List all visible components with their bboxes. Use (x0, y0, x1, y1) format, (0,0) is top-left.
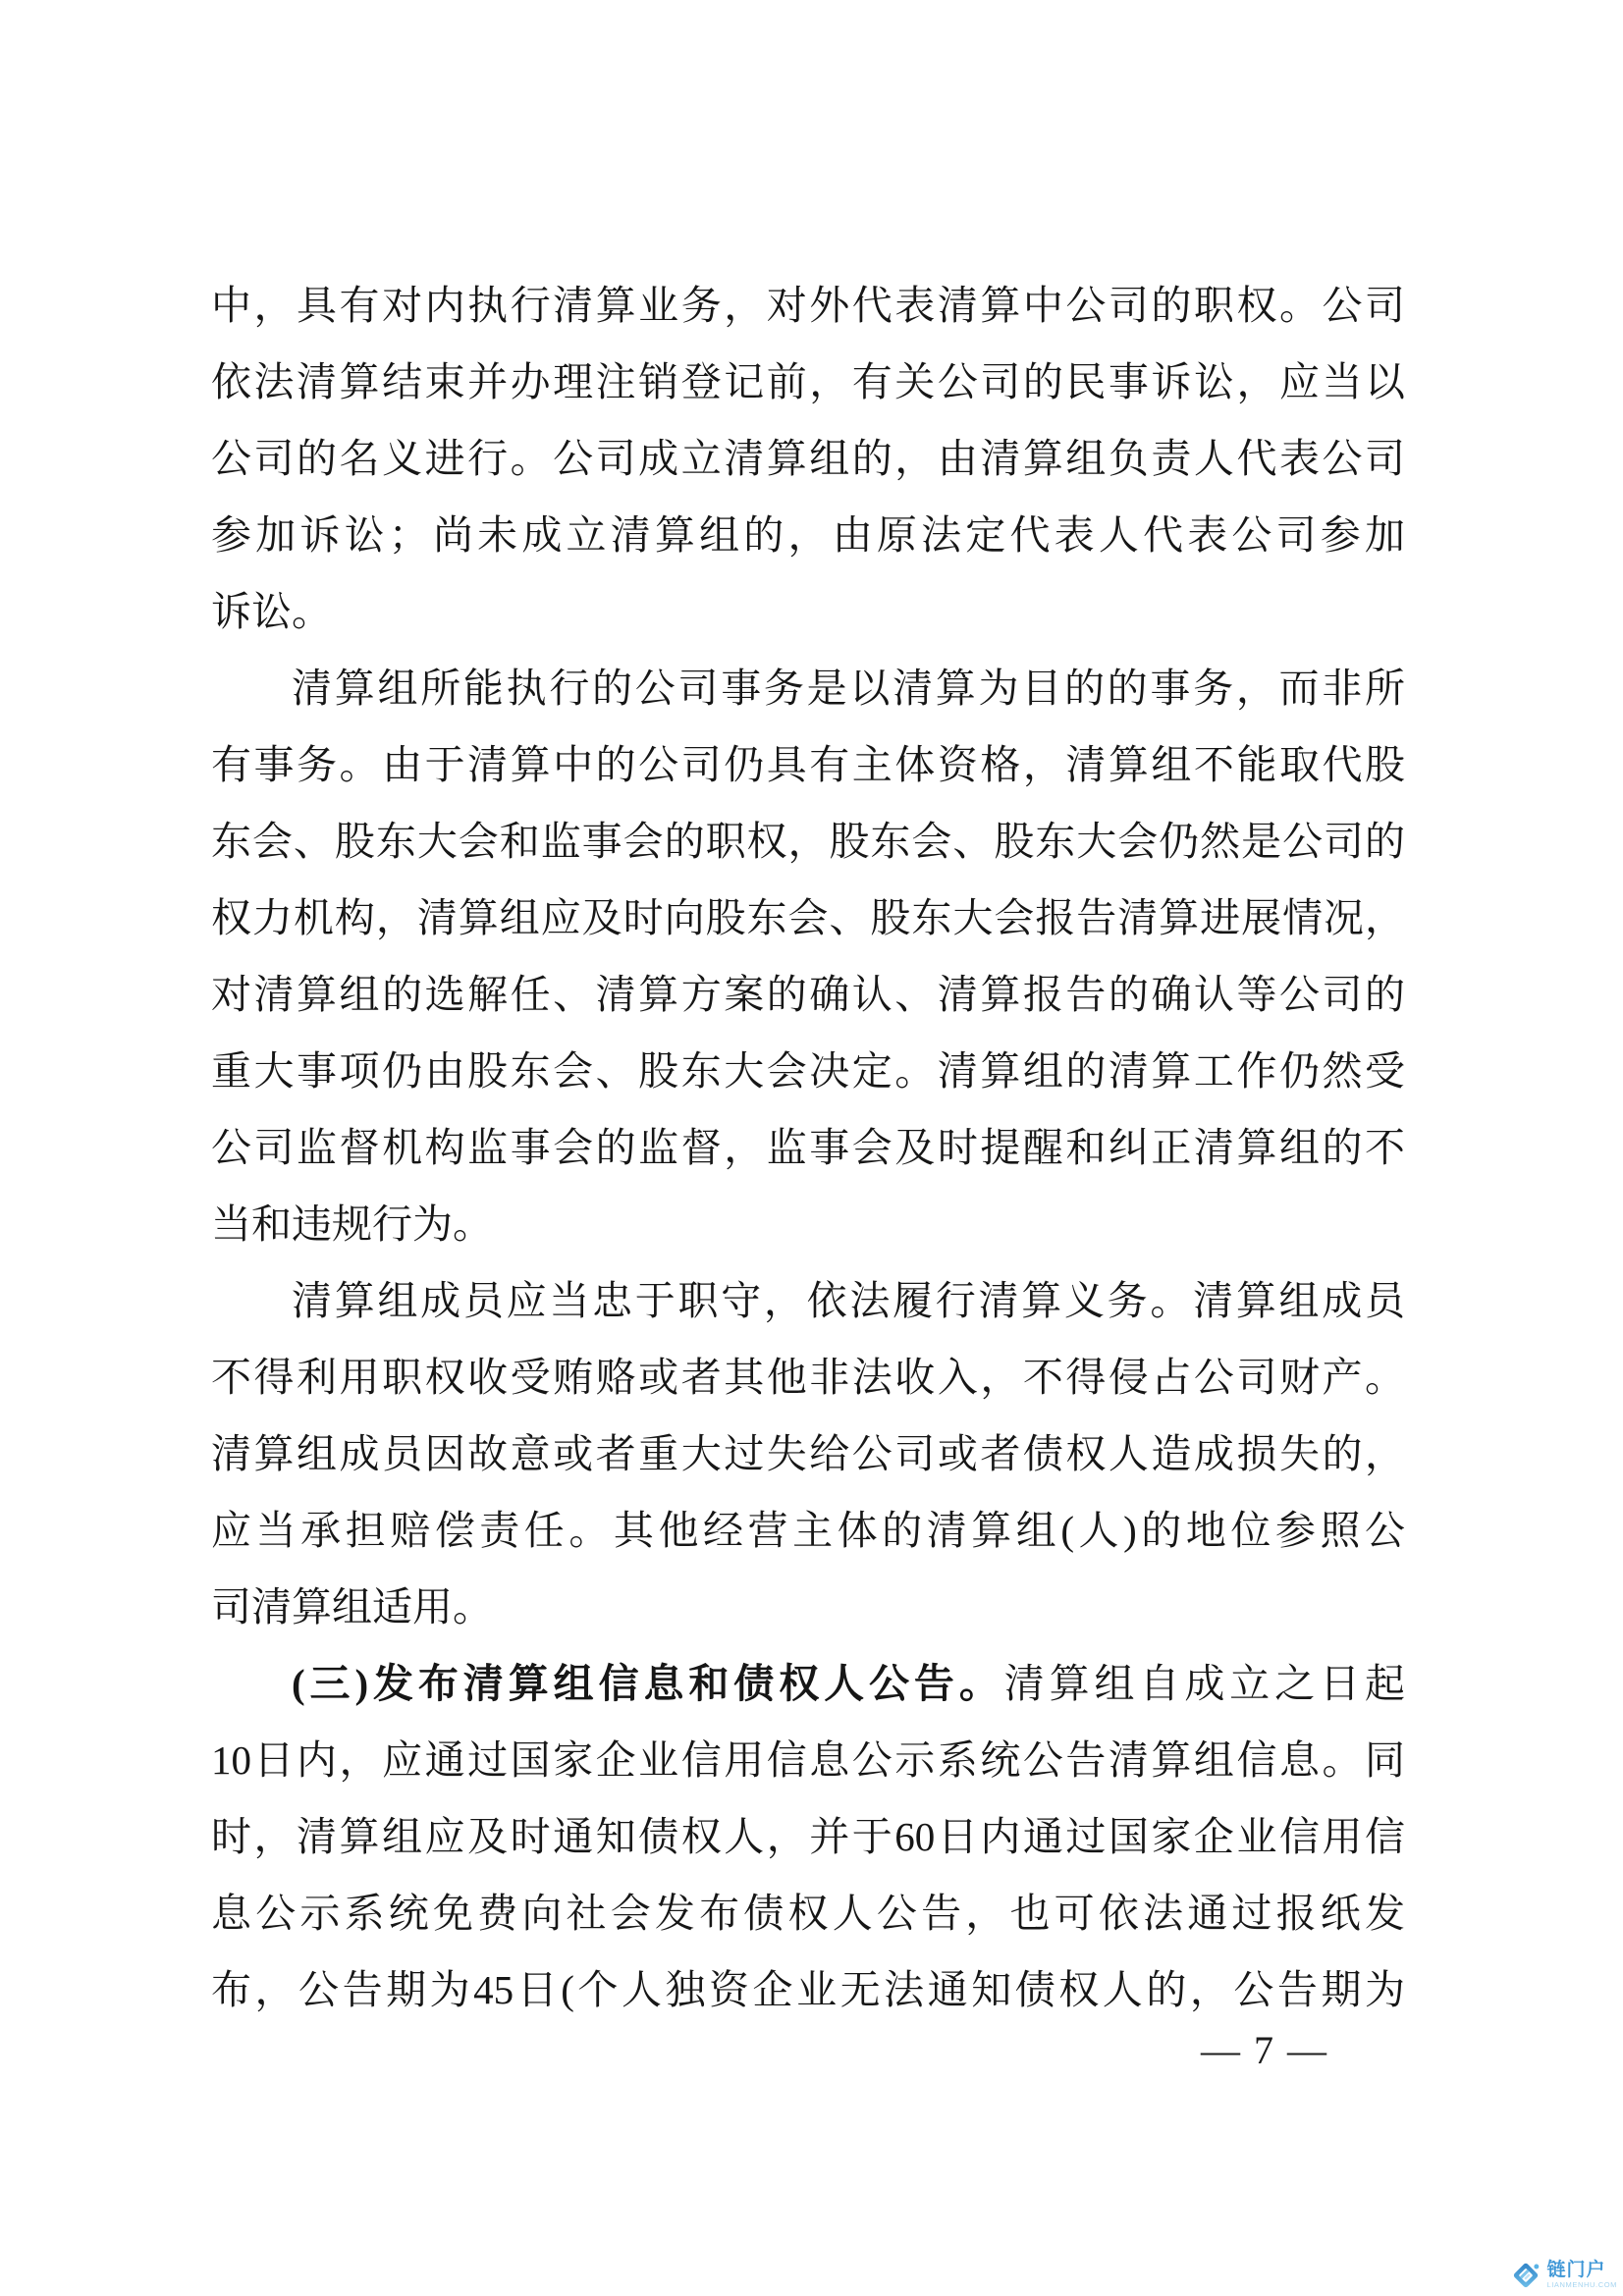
text-line: 清算组所能执行的公司事务是以清算为目的的事务，而非所 (211, 650, 1405, 726)
text-line: 诉讼。 (211, 573, 1405, 650)
text-line: 公司的名义进行。公司成立清算组的，由清算组负责人代表公司 (211, 420, 1405, 497)
text-line: 对清算组的选解任、清算方案的确认、清算报告的确认等公司的 (211, 956, 1405, 1033)
text-line: 司清算组适用。 (211, 1569, 1405, 1645)
document-text-block: 中，具有对内执行清算业务，对外代表清算中公司的职权。公司 依法清算结束并办理注销… (211, 267, 1405, 2028)
watermark-text: 链门户 LIANMENHU.COM (1546, 2261, 1617, 2289)
text-line: 10日内，应通过国家企业信用信息公示系统公告清算组信息。同 (211, 1722, 1405, 1798)
text-line: 布，公告期为45日(个人独资企业无法通知债权人的，公告期为 (211, 1951, 1405, 2028)
watermark-domain: LIANMENHU.COM (1546, 2281, 1617, 2289)
text-line: 公司监督机构监事会的监督，监事会及时提醒和纠正清算组的不 (211, 1109, 1405, 1186)
text-line: 权力机构，清算组应及时向股东会、股东大会报告清算进展情况， (211, 880, 1405, 956)
text-line: 当和违规行为。 (211, 1186, 1405, 1262)
text-line: 清算组成员因故意或者重大过失给公司或者债权人造成损失的， (211, 1415, 1405, 1492)
paragraph: 中，具有对内执行清算业务，对外代表清算中公司的职权。公司 依法清算结束并办理注销… (211, 267, 1405, 650)
text-line: 有事务。由于清算中的公司仍具有主体资格，清算组不能取代股 (211, 726, 1405, 803)
text-line: 重大事项仍由股东会、股东大会决定。清算组的清算工作仍然受 (211, 1033, 1405, 1109)
paragraph: (三)发布清算组信息和债权人公告。清算组自成立之日起 10日内，应通过国家企业信… (211, 1645, 1405, 2028)
document-page: { "page": { "number_label": "— 7 —" }, "… (0, 0, 1623, 2296)
watermark-brand: 链门户 (1546, 2261, 1617, 2279)
text-line: 依法清算结束并办理注销登记前，有关公司的民事诉讼，应当以 (211, 344, 1405, 420)
paragraph: 清算组成员应当忠于职守，依法履行清算义务。清算组成员 不得利用职权收受贿赂或者其… (211, 1262, 1405, 1645)
watermark: 链门户 LIANMENHU.COM (1510, 2259, 1617, 2290)
text-line: 清算组成员应当忠于职守，依法履行清算义务。清算组成员 (211, 1262, 1405, 1339)
text-line: 时，清算组应及时通知债权人，并于60日内通过国家企业信用信 (211, 1798, 1405, 1875)
text-line: 息公示系统免费向社会发布债权人公告，也可依法通过报纸发 (211, 1875, 1405, 1951)
paragraph: 清算组所能执行的公司事务是以清算为目的的事务，而非所 有事务。由于清算中的公司仍… (211, 650, 1405, 1262)
text-line: 参加诉讼；尚未成立清算组的，由原法定代表人代表公司参加 (211, 497, 1405, 573)
text-line: 不得利用职权收受贿赂或者其他非法收入，不得侵占公司财产。 (211, 1339, 1405, 1415)
chain-diamond-logo-icon (1510, 2259, 1542, 2290)
section-3-heading: (三)发布清算组信息和债权人公告。 (292, 1661, 1004, 1706)
text-line: 应当承担赔偿责任。其他经营主体的清算组(人)的地位参照公 (211, 1492, 1405, 1569)
text-line: 中，具有对内执行清算业务，对外代表清算中公司的职权。公司 (211, 267, 1405, 344)
heading-rest-text: 清算组自成立之日起 (1004, 1661, 1405, 1706)
page-number: — 7 — (1201, 2028, 1328, 2073)
text-line: 东会、股东大会和监事会的职权，股东会、股东大会仍然是公司的 (211, 803, 1405, 880)
text-line: (三)发布清算组信息和债权人公告。清算组自成立之日起 (211, 1645, 1405, 1722)
